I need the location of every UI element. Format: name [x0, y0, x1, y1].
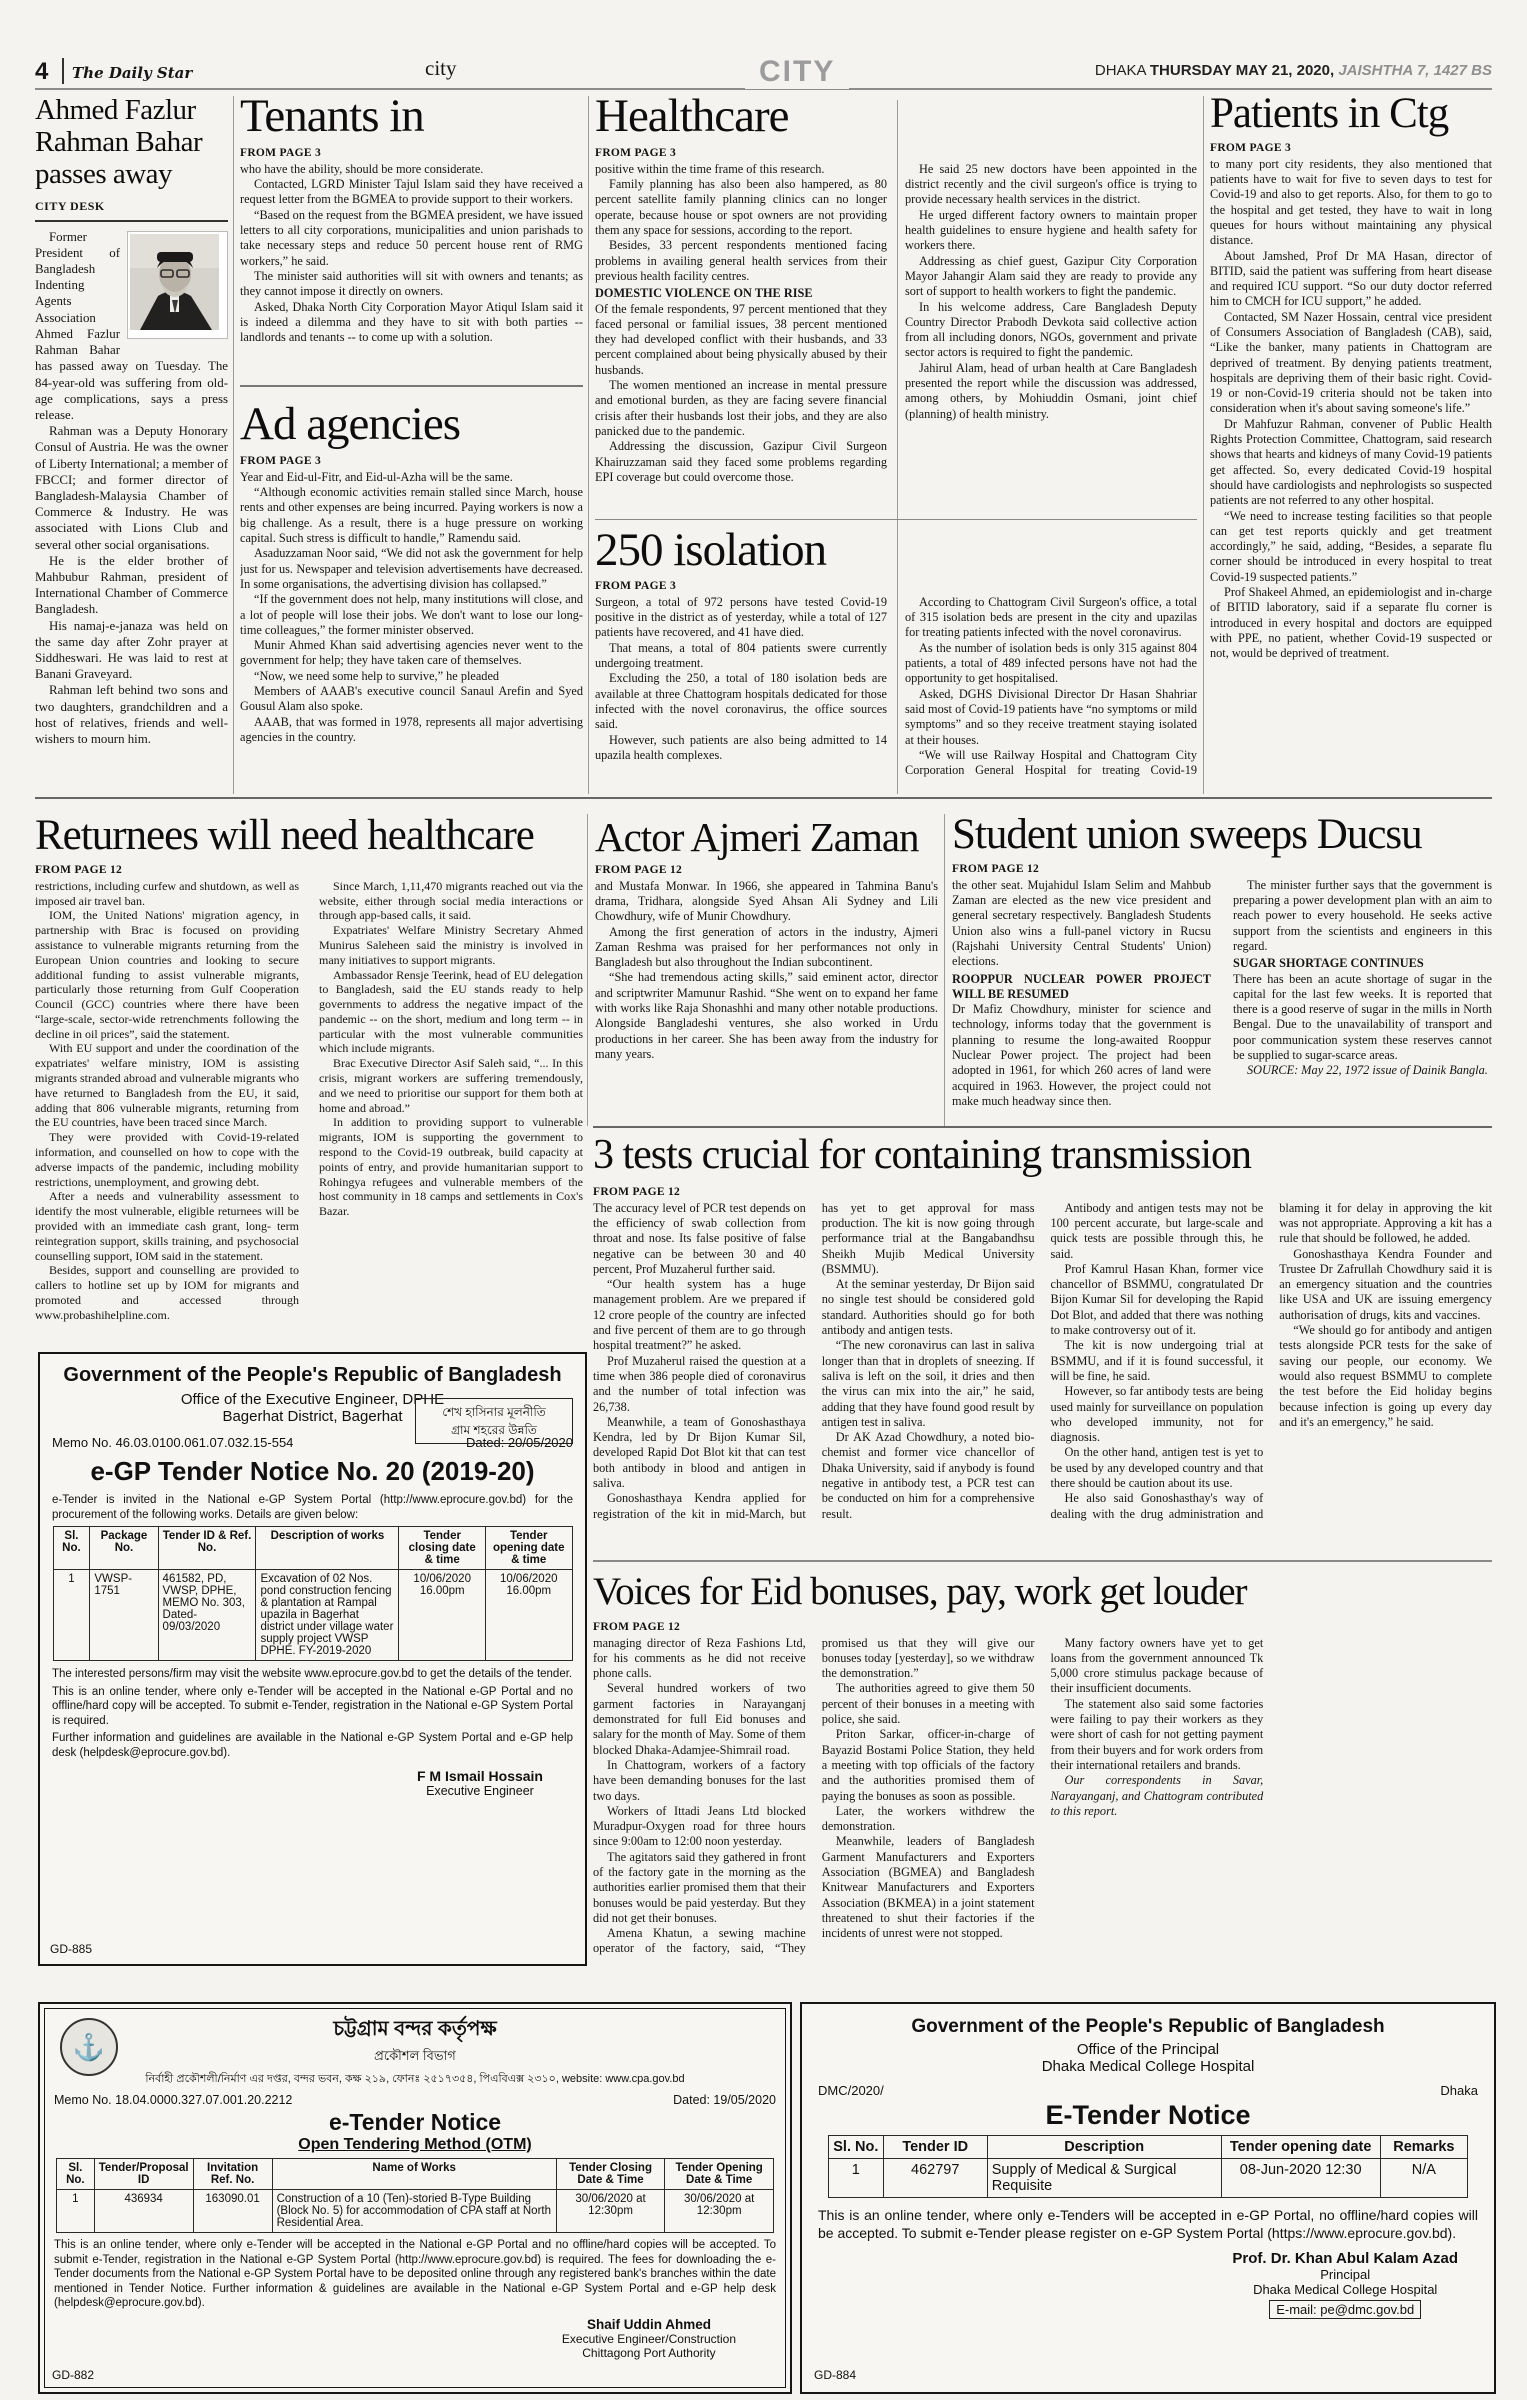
table-cell: 10/06/2020 16.00pm	[399, 1570, 485, 1661]
paragraph: who have the ability, should be more con…	[240, 162, 583, 177]
column-rule	[233, 96, 234, 794]
paragraph: positive within the time frame of this r…	[595, 162, 887, 177]
table-row: 1436934163090.01Construction of a 10 (Te…	[57, 2190, 774, 2233]
paragraph: After a needs and vulnerability assessme…	[35, 1189, 299, 1263]
paragraph: In addition to providing support to vuln…	[319, 1115, 583, 1219]
obituary-body: Former President of Bangladesh Indenting…	[35, 229, 228, 789]
obituary-byline: CITY DESK	[35, 199, 228, 214]
table-header-cell: Tender ID & Ref. No.	[158, 1527, 256, 1570]
dphe-intro: e-Tender is invited in the National e-GP…	[52, 1493, 573, 1522]
paragraph: Dr Mafiz Chowdhury, minister for science…	[952, 1002, 1211, 1109]
voices-headline: Voices for Eid bonuses, pay, work get lo…	[593, 1572, 1492, 1613]
paragraph: Members of AAAB's executive council Sana…	[240, 684, 583, 715]
table-cell: N/A	[1380, 2159, 1467, 2198]
cpa-table: Sl. No.Tender/Proposal IDInvitation Ref.…	[56, 2158, 774, 2233]
paragraph: The statement also said some factories w…	[1051, 1697, 1264, 1773]
paragraph: managing director of Reza Fashions Ltd, …	[593, 1636, 806, 1682]
table-header-cell: Sl. No.	[53, 1527, 90, 1570]
dphe-gov-line: Government of the People's Republic of B…	[52, 1364, 573, 1387]
paragraph: Later, the workers withdrew the demonstr…	[822, 1804, 1035, 1835]
returnees-headline: Returnees will need healthcare	[35, 814, 583, 859]
cpa-signatory-role1: Executive Engineer/Construction	[562, 2332, 736, 2346]
paragraph: Many factory owners have yet to get loan…	[1051, 1636, 1264, 1697]
article-divider	[595, 519, 1197, 520]
paragraph: Expatriates' Welfare Ministry Secretary …	[319, 923, 583, 967]
paragraph: Surgeon, a total of 972 persons have tes…	[595, 595, 887, 641]
ad-agencies-headline: Ad agencies	[240, 400, 583, 449]
paragraph: Of the female respondents, 97 percent me…	[595, 302, 887, 378]
paragraph: Priton Sarkar, officer-in-charge of Baya…	[822, 1727, 1035, 1803]
dphe-slogan-line1: শেখ হাসিনার মূলনীতি	[424, 1403, 564, 1421]
paragraph: Our correspondents in Savar, Narayanganj…	[1051, 1773, 1264, 1819]
paragraph: The minister further says that the gover…	[1233, 878, 1492, 954]
paragraph: According to Chattogram Civil Surgeon's …	[905, 595, 1197, 641]
table-header-cell: Tender opening date & time	[485, 1527, 572, 1570]
dmc-table: Sl. No.Tender IDDescriptionTender openin…	[828, 2135, 1468, 2198]
dateline-bangla-year: JAISHTHA 7, 1427 BS	[1334, 62, 1492, 79]
table-cell: 10/06/2020 16.00pm	[485, 1570, 572, 1661]
article-three-tests: 3 tests crucial for containing transmiss…	[593, 1134, 1492, 1537]
cpa-signatory-name: Shaif Uddin Ahmed	[562, 2317, 736, 2332]
paragraph: Contacted, SM Nazer Hossain, central vic…	[1210, 310, 1492, 417]
paragraph: Several hundred workers of two garment f…	[593, 1681, 806, 1757]
table-row: 1VWSP-1751461582, PD, VWSP, DPHE, MEMO N…	[53, 1570, 572, 1661]
student-union-kicker: FROM PAGE 12	[952, 863, 1492, 875]
table-cell: 462797	[883, 2159, 987, 2198]
patients-kicker: FROM PAGE 3	[1210, 142, 1492, 154]
paragraph: Among the first generation of actors in …	[595, 925, 938, 971]
paragraph: Rahman was a Deputy Honorary Consul of A…	[35, 423, 228, 553]
table-cell: 1	[829, 2159, 884, 2198]
table-header-cell: Description of works	[256, 1527, 399, 1570]
dphe-memo: Memo No. 46.03.0100.061.07.032.15-554	[52, 1435, 293, 1450]
paragraph: Since March, 1,11,470 migrants reached o…	[319, 879, 583, 923]
paragraph: Asked, DGHS Divisional Director Dr Hasan…	[905, 687, 1197, 748]
dmc-email: E-mail: pe@dmc.gov.bd	[1269, 2300, 1421, 2319]
paragraph: The women mentioned an increase in menta…	[595, 378, 887, 439]
healthcare-kicker: FROM PAGE 3	[595, 147, 1197, 159]
dphe-gd-code: GD-885	[50, 1942, 92, 1956]
ad-agencies-body: Year and Eid-ul-Fitr, and Eid-ul-Azha wi…	[240, 470, 583, 780]
table-header-cell: Name of Works	[272, 2159, 556, 2190]
article-voices: Voices for Eid bonuses, pay, work get lo…	[593, 1572, 1492, 1972]
dmc-signatory-role2: Dhaka Medical College Hospital	[1232, 2282, 1458, 2297]
article-healthcare: Healthcare FROM PAGE 3 positive within t…	[595, 92, 1197, 506]
cpa-memo: Memo No. 18.04.0000.327.07.001.20.2212	[54, 2093, 292, 2107]
paragraph: Brac Executive Director Asif Saleh said,…	[319, 1056, 583, 1115]
paragraph: to many port city residents, they also m…	[1210, 157, 1492, 249]
dphe-note3: Further information and guidelines are a…	[52, 1731, 573, 1760]
dphe-table: Sl. No.Package No.Tender ID & Ref. No.De…	[53, 1526, 573, 1661]
table-header-cell: Invitation Ref. No.	[193, 2159, 272, 2190]
dateline: DHAKA THURSDAY MAY 21, 2020, JAISHTHA 7,…	[1095, 62, 1492, 79]
three-tests-kicker: FROM PAGE 12	[593, 1186, 1492, 1198]
tenants-body: who have the ability, should be more con…	[240, 162, 583, 372]
cpa-title: e-Tender Notice	[54, 2109, 776, 2136]
table-header-cell: Tender Closing Date & Time	[556, 2159, 665, 2190]
paragraph: Workers of Ittadi Jeans Ltd blocked Mura…	[593, 1804, 806, 1850]
table-cell: 163090.01	[193, 2190, 272, 2233]
paragraph: He urged different factory owners to mai…	[905, 208, 1197, 254]
paragraph: In Chattogram, workers of a factory have…	[593, 1758, 806, 1804]
dmc-tender-notice: Government of the People's Republic of B…	[800, 2002, 1496, 2394]
cpa-signatory-role2: Chittagong Port Authority	[562, 2346, 736, 2360]
cpa-subtitle: Open Tendering Method (OTM)	[54, 2136, 776, 2154]
paragraph: Munir Ahmed Khan said advertising agenci…	[240, 638, 583, 669]
paragraph: ROOPPUR NUCLEAR POWER PROJECT WILL BE RE…	[952, 972, 1211, 1003]
patients-body: to many port city residents, they also m…	[1210, 157, 1492, 785]
actor-headline: Actor Ajmeri Zaman	[595, 816, 938, 859]
paragraph: “Our health system has a huge management…	[593, 1277, 806, 1353]
returnees-kicker: FROM PAGE 12	[35, 864, 583, 876]
dmc-signatory-role1: Principal	[1232, 2267, 1458, 2282]
paragraph: Contacted, LGRD Minister Tajul Islam sai…	[240, 177, 583, 208]
paragraph: There has been an acute shortage of suga…	[1233, 972, 1492, 1064]
paragraph: The minister said authorities will sit w…	[240, 269, 583, 300]
paragraph: Prof Kamrul Hasan Khan, former vice chan…	[1051, 1262, 1264, 1338]
dmc-hospital-line: Dhaka Medical College Hospital	[818, 2058, 1478, 2075]
section-rule	[593, 1126, 1492, 1128]
paragraph: At the seminar yesterday, Dr Bijon said …	[822, 1277, 1035, 1338]
paragraph: Addressing the discussion, Gazipur Civil…	[595, 439, 887, 485]
paragraph: The accuracy level of PCR test depends o…	[593, 1201, 806, 1277]
ad-agencies-kicker: FROM PAGE 3	[240, 455, 583, 467]
article-patients: Patients in Ctg FROM PAGE 3 to many port…	[1210, 92, 1492, 785]
article-divider	[240, 385, 583, 387]
paragraph: Rahman left behind two sons and two daug…	[35, 682, 228, 747]
paragraph: Asked, Dhaka North City Corporation Mayo…	[240, 300, 583, 346]
paragraph: They were provided with Covid-19-related…	[35, 1130, 299, 1189]
dmc-place: Dhaka	[1440, 2083, 1478, 2098]
three-tests-headline: 3 tests crucial for containing transmiss…	[593, 1134, 1492, 1178]
paragraph: Meanwhile, leaders of Bangladesh Garment…	[822, 1834, 1035, 1941]
paragraph: He said 25 new doctors have been appoint…	[905, 162, 1197, 208]
paragraph: restrictions, including curfew and shutd…	[35, 879, 299, 909]
dphe-title: e-GP Tender Notice No. 20 (2019-20)	[52, 1456, 573, 1487]
voices-kicker: FROM PAGE 12	[593, 1621, 1492, 1633]
dphe-slogan-line2: গ্রাম শহরের উন্নতি	[424, 1421, 564, 1439]
paragraph: In his welcome address, Care Bangladesh …	[905, 300, 1197, 361]
paragraph: Prof Shakeel Ahmed, an epidemiologist an…	[1210, 585, 1492, 661]
paragraph: Dr AK Azad Chowdhury, a noted bio-chemis…	[822, 1430, 1035, 1522]
paragraph: Asaduzzaman Noor said, “We did not ask t…	[240, 546, 583, 592]
paragraph: “Although economic activities remain sta…	[240, 485, 583, 546]
table-header-cell: Sl. No.	[829, 2136, 884, 2159]
dmc-note: This is an online tender, where only e-T…	[818, 2206, 1478, 2242]
paragraph: the other seat. Mujahidul Islam Selim an…	[952, 878, 1211, 970]
table-cell: 461582, PD, VWSP, DPHE, MEMO No. 303, Da…	[158, 1570, 256, 1661]
dphe-signatory-name: F M Ismail Hossain	[417, 1768, 543, 1784]
table-header-cell: Tender closing date & time	[399, 1527, 485, 1570]
table-header-cell: Tender/Proposal ID	[94, 2159, 193, 2190]
dateline-date: THURSDAY MAY 21, 2020,	[1150, 62, 1334, 79]
returnees-body: restrictions, including curfew and shutd…	[35, 879, 583, 1339]
paragraph: and Mustafa Monwar. In 1966, she appeare…	[595, 879, 938, 925]
dphe-note1: The interested persons/firm may visit th…	[52, 1667, 573, 1682]
cpa-address: নির্বাহী প্রকৌশলী/নির্মাণ এর দপ্তর, বন্দ…	[54, 2070, 776, 2089]
cpa-dated: Dated: 19/05/2020	[673, 2093, 776, 2107]
byline-rule	[35, 220, 228, 222]
dmc-title: E-Tender Notice	[818, 2100, 1478, 2131]
page-number: 4	[35, 58, 48, 86]
cpa-gd-code: GD-882	[52, 2368, 94, 2382]
dateline-city: DHAKA	[1095, 62, 1150, 79]
table-cell: 30/06/2020 at 12:30pm	[665, 2190, 774, 2233]
table-cell: Supply of Medical & Surgical Requisite	[987, 2159, 1221, 2198]
paragraph: Antibody and antigen tests may not be 10…	[1051, 1201, 1264, 1262]
paragraph: Meanwhile, a team of Gonoshasthaya Kendr…	[593, 1415, 806, 1491]
masthead: The Daily Star	[72, 64, 192, 82]
paragraph: That means, a total of 804 patients swer…	[595, 641, 887, 672]
paragraph: The kit is now undergoing trial at BSMMU…	[1051, 1338, 1264, 1384]
dmc-signatory-name: Prof. Dr. Khan Abul Kalam Azad	[1232, 2250, 1458, 2267]
paragraph: Besides, 33 percent respondents mentione…	[595, 238, 887, 284]
cpa-tender-notice: ⚓ চট্টগ্রাম বন্দর কর্তৃপক্ষ প্রকৌশল বিভা…	[38, 2002, 792, 2394]
actor-kicker: FROM PAGE 12	[595, 864, 938, 876]
dphe-note2: This is an online tender, where only e-T…	[52, 1685, 573, 1729]
actor-body: and Mustafa Monwar. In 1966, she appeare…	[595, 879, 938, 1107]
paragraph: However, so far antibody tests are being…	[1051, 1384, 1264, 1445]
student-union-body: the other seat. Mujahidul Islam Selim an…	[952, 878, 1492, 1128]
paragraph: AAAB, that was formed in 1978, represent…	[240, 715, 583, 746]
table-header-cell: Tender opening date	[1221, 2136, 1380, 2159]
paragraph: SUGAR SHORTAGE CONTINUES	[1233, 956, 1492, 971]
dphe-tender-notice: Government of the People's Republic of B…	[38, 1352, 587, 1966]
paragraph: The authorities agreed to give them 50 p…	[822, 1681, 1035, 1727]
article-actor: Actor Ajmeri Zaman FROM PAGE 12 and Must…	[595, 816, 938, 1107]
dmc-ref: DMC/2020/	[818, 2083, 884, 2098]
table-cell: Construction of a 10 (Ten)-storied B-Typ…	[272, 2190, 556, 2233]
cpa-note: This is an online tender, where only e-T…	[54, 2238, 776, 2311]
table-row: 1462797Supply of Medical & Surgical Requ…	[829, 2159, 1468, 2198]
paragraph: Excluding the 250, a total of 180 isolat…	[595, 671, 887, 732]
newspaper-page: 4 The Daily Star city CITY DHAKA THURSDA…	[0, 0, 1527, 2400]
paragraph: SOURCE: May 22, 1972 issue of Dainik Ban…	[1233, 1063, 1492, 1078]
section-label-large: CITY	[745, 55, 849, 89]
column-rule	[944, 814, 945, 1126]
paragraph: Jahirul Alam, head of urban health at Ca…	[905, 361, 1197, 422]
paragraph: “We should go for antibody and antigen t…	[1279, 1323, 1492, 1430]
voices-body: managing director of Reza Fashions Ltd, …	[593, 1636, 1492, 1972]
paragraph: “Now, we need some help to survive,” he …	[240, 669, 583, 684]
table-cell: 08-Jun-2020 12:30	[1221, 2159, 1380, 2198]
paragraph: He is the elder brother of Mahbubur Rahm…	[35, 553, 228, 618]
paragraph: However, such patients are also being ad…	[595, 733, 887, 764]
paragraph: Family planning has also been also hampe…	[595, 177, 887, 238]
table-header-cell: Package No.	[90, 1527, 158, 1570]
paragraph: IOM, the United Nations' migration agenc…	[35, 908, 299, 1041]
table-cell: 30/06/2020 at 12:30pm	[556, 2190, 665, 2233]
paragraph: Year and Eid-ul-Fitr, and Eid-ul-Azha wi…	[240, 470, 583, 485]
table-header-cell: Tender Opening Date & Time	[665, 2159, 774, 2190]
dmc-gd-code: GD-884	[814, 2368, 856, 2382]
table-cell: 1	[53, 1570, 90, 1661]
paragraph: Besides, support and counselling are pro…	[35, 1263, 299, 1322]
paragraph: Gonoshasthaya Kendra Founder and Trustee…	[1279, 1247, 1492, 1323]
paragraph: Addressing as chief guest, Gazipur City …	[905, 254, 1197, 300]
isolation-headline: 250 isolation	[595, 526, 1197, 575]
table-header-cell: Tender ID	[883, 2136, 987, 2159]
column-rule	[1203, 96, 1204, 794]
paragraph: “Based on the request from the BGMEA pre…	[240, 208, 583, 269]
isolation-kicker: FROM PAGE 3	[595, 580, 1197, 592]
column-rule	[588, 96, 589, 794]
table-header-cell: Remarks	[1380, 2136, 1467, 2159]
dmc-office-line: Office of the Principal	[818, 2041, 1478, 2058]
table-header-cell: Description	[987, 2136, 1221, 2159]
table-cell: Excavation of 02 Nos. pond construction …	[256, 1570, 399, 1661]
table-cell: VWSP-1751	[90, 1570, 158, 1661]
section-rule	[593, 1560, 1492, 1562]
column-rule	[587, 814, 588, 1126]
paragraph: Ambassador Rensje Teerink, head of EU de…	[319, 968, 583, 1057]
paragraph: About Jamshed, Prof Dr MA Hasan, directo…	[1210, 249, 1492, 310]
article-ad-agencies: Ad agencies FROM PAGE 3 Year and Eid-ul-…	[240, 400, 583, 780]
cpa-org-name: চট্টগ্রাম বন্দর কর্তৃপক্ষ	[54, 2014, 776, 2047]
article-obituary: Ahmed Fazlur Rahman Bahar passes away CI…	[35, 95, 228, 789]
paragraph: On the other hand, antigen test is yet t…	[1051, 1445, 1264, 1491]
paragraph: The agitators said they gathered in fron…	[593, 1850, 806, 1926]
healthcare-headline: Healthcare	[595, 92, 1197, 141]
three-tests-body: The accuracy level of PCR test depends o…	[593, 1201, 1492, 1537]
article-returnees: Returnees will need healthcare FROM PAGE…	[35, 814, 583, 1339]
table-cell: 436934	[94, 2190, 193, 2233]
student-union-headline: Student union sweeps Ducsu	[952, 813, 1492, 858]
patients-headline: Patients in Ctg	[1210, 92, 1492, 137]
section-rule	[35, 797, 1492, 799]
portrait-photo	[127, 231, 228, 339]
table-cell: 1	[57, 2190, 95, 2233]
paragraph: Dr Mahfuzur Rahman, convener of Public H…	[1210, 417, 1492, 509]
table-header-cell: Sl. No.	[57, 2159, 95, 2190]
paragraph: As the number of isolation beds is only …	[905, 641, 1197, 687]
paragraph: “She had tremendous acting skills,” said…	[595, 970, 938, 1062]
paragraph: His namaj-e-janaza was held on the same …	[35, 618, 228, 683]
paragraph: “If the government does not help, many i…	[240, 592, 583, 638]
dmc-gov-line: Government of the People's Republic of B…	[818, 2016, 1478, 2038]
dphe-slogan-box: শেখ হাসিনার মূলনীতি গ্রাম শহরের উন্নতি	[415, 1398, 573, 1444]
article-isolation: 250 isolation FROM PAGE 3 Surgeon, a tot…	[595, 526, 1197, 787]
dphe-signatory-role: Executive Engineer	[417, 1784, 543, 1798]
section-label-small: city	[425, 56, 457, 81]
portrait-photo-image	[130, 234, 219, 330]
paragraph: Prof Muzaherul raised the question at a …	[593, 1354, 806, 1415]
article-student-union: Student union sweeps Ducsu FROM PAGE 12 …	[952, 813, 1492, 1128]
paragraph: “We need to increase testing facilities …	[1210, 509, 1492, 585]
tenants-kicker: FROM PAGE 3	[240, 147, 583, 159]
header-divider	[62, 58, 64, 84]
tenants-headline: Tenants in	[240, 92, 583, 141]
paragraph: With EU support and under the coordinati…	[35, 1041, 299, 1130]
paragraph: “The new coronavirus can last in saliva …	[822, 1338, 1035, 1430]
paragraph: DOMESTIC VIOLENCE ON THE RISE	[595, 286, 887, 301]
article-tenants: Tenants in FROM PAGE 3 who have the abil…	[240, 92, 583, 372]
isolation-body: Surgeon, a total of 972 persons have tes…	[595, 595, 1197, 787]
cpa-dept: প্রকৌশল বিভাগ	[54, 2047, 776, 2068]
healthcare-body: positive within the time frame of this r…	[595, 162, 1197, 506]
obituary-headline: Ahmed Fazlur Rahman Bahar passes away	[35, 95, 228, 191]
